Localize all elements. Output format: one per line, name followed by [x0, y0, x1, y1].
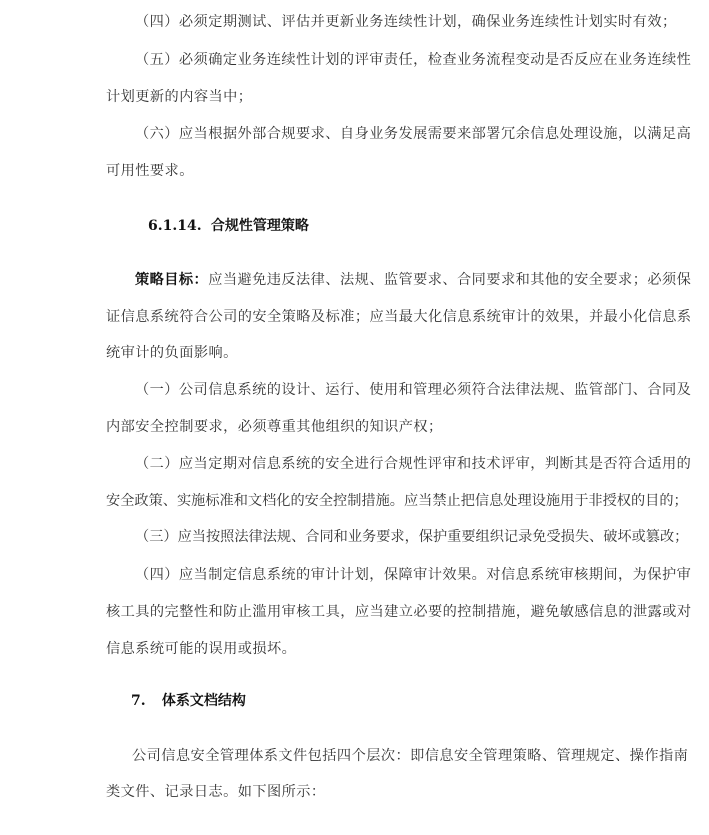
- paragraph-line: （三）应当按照法律法规、合同和业务要求，保护重要组织记录免受损失、破坏或篡改；: [135, 527, 635, 547]
- paragraph-line: 内部安全控制要求，必须尊重其他组织的知识产权；: [106, 417, 606, 437]
- paragraph-line: （一）公司信息系统的设计、运行、使用和管理必须符合法律法规、监管部门、合同及: [135, 380, 635, 400]
- heading-title: 体系文档结构: [162, 693, 246, 709]
- paragraph-line: 公司信息安全管理体系文件包括四个层次：即信息安全管理策略、管理规定、操作指南: [132, 746, 632, 766]
- paragraph-line: （四）应当制定信息系统的审计计划，保障审计效果。对信息系统审核期间，为保护审: [135, 565, 635, 585]
- paragraph-line: （五）必须确定业务连续性计划的评审责任，检查业务流程变动是否反应在业务连续性: [135, 50, 635, 70]
- paragraph-line: 策略目标：应当避免违反法律、法规、监管要求、合同要求和其他的安全要求；必须保: [135, 270, 635, 290]
- paragraph-line: 核工具的完整性和防止滥用审核工具，应当建立必要的控制措施，避免敏感信息的泄露或对: [106, 602, 606, 622]
- paragraph-line: 统审计的负面影响。: [106, 343, 606, 363]
- paragraph-line: （四）必须定期测试、评估并更新业务连续性计划，确保业务连续性计划实时有效；: [135, 12, 635, 32]
- section-heading: 7. 体系文档结构: [131, 690, 246, 710]
- paragraph-line: 信息系统可能的误用或损坏。: [106, 639, 606, 659]
- goal-label: 策略目标：: [135, 272, 208, 288]
- section-heading: 6.1.14. 合规性管理策略: [148, 215, 309, 235]
- heading-number: 6.1.14.: [148, 218, 206, 234]
- paragraph-line: 证信息系统符合公司的安全策略及标准；应当最大化信息系统审计的效果，并最小化信息系: [106, 307, 606, 327]
- paragraph-line: （二）应当定期对信息系统的安全进行合规性评审和技术评审，判断其是否符合适用的: [135, 454, 635, 474]
- paragraph-line: 可用性要求。: [106, 161, 606, 181]
- heading-number: 7.: [131, 693, 157, 709]
- paragraph-line: （六）应当根据外部合规要求、自身业务发展需要来部署冗余信息处理设施，以满足高: [135, 124, 635, 144]
- paragraph-line: 类文件、记录日志。如下图所示：: [106, 782, 606, 802]
- paragraph-line: 计划更新的内容当中；: [106, 87, 606, 107]
- goal-text: 应当避免违反法律、法规、监管要求、合同要求和其他的安全要求；必须保: [208, 272, 691, 288]
- paragraph-line: 安全政策、实施标准和文档化的安全控制措施。应当禁止把信息处理设施用于非授权的目的…: [106, 491, 606, 511]
- heading-title: 合规性管理策略: [211, 218, 309, 234]
